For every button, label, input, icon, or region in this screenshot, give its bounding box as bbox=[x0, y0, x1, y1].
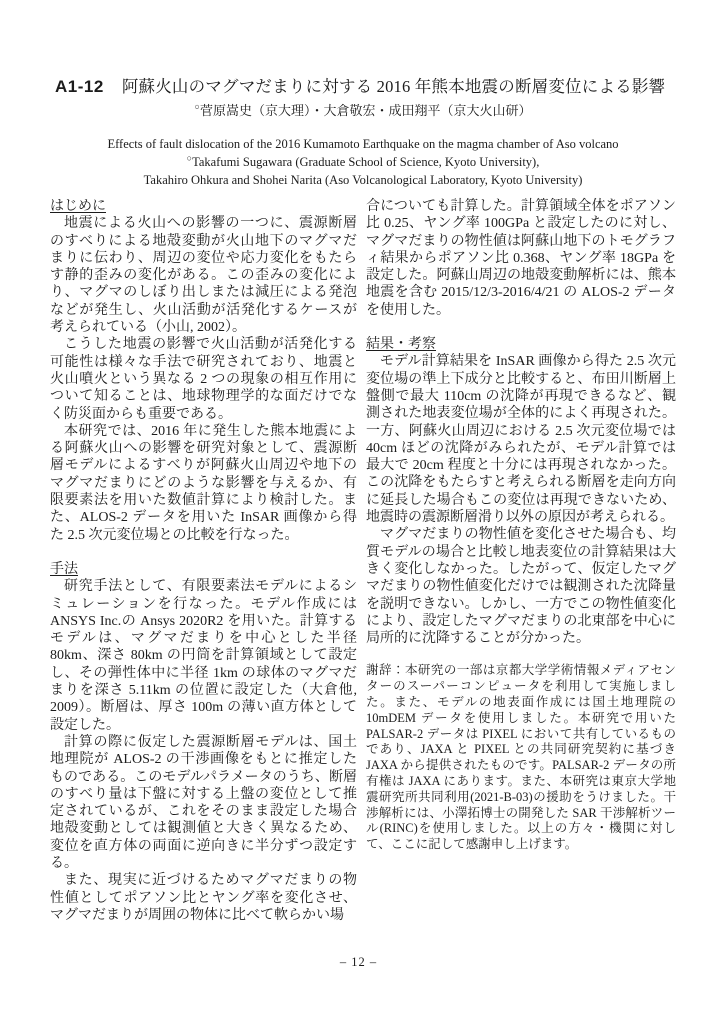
method-paragraph-continuation: 合についても計算した。計算領域全体をポアソン比 0.25、ヤング率 100GPa… bbox=[366, 198, 676, 319]
english-header-block: Effects of fault dislocation of the 2016… bbox=[50, 135, 676, 189]
intro-paragraph-2: こうした地震の影響で火山活動が活発化する可能性は様々な手法で研究されており、地震… bbox=[50, 336, 357, 422]
results-paragraph-1: モデル計算結果を InSAR 画像から得た 2.5 次元変位場の準上下成分と比較… bbox=[366, 353, 676, 526]
left-column: はじめに 地震による火山への影響の一つに、震源断層のすべりによる地殻変動が火山地… bbox=[50, 198, 357, 924]
paper-id: A1-12 bbox=[55, 77, 104, 97]
method-paragraph-3: また、現実に近づけるためマグマだまりの物性値としてポアソン比とヤング率を変化させ… bbox=[50, 872, 357, 924]
method-paragraph-2: 計算の際に仮定した震源断層モデルは、国土地理院が ALOS-2 の干渉画像をもと… bbox=[50, 734, 357, 872]
paper-title-en: Effects of fault dislocation of the 2016… bbox=[50, 135, 676, 153]
authors-en-line2: Takahiro Ohkura and Shohei Narita (Aso V… bbox=[50, 171, 676, 189]
paper-title-ja: 阿蘇火山のマグマだまりに対する 2016 年熊本地震の断層変位による影響 bbox=[122, 73, 665, 97]
acknowledgments: 謝辞：本研究の一部は京都大学学術情報メディアセンターのスーパーコンピュータを利用… bbox=[366, 663, 676, 853]
page-number: – 12 – bbox=[0, 955, 717, 970]
section-heading-intro: はじめに bbox=[50, 198, 357, 215]
authors-en-line1: ○Takafumi Sugawara (Graduate School of S… bbox=[50, 153, 676, 171]
section-heading-results: 結果・考察 bbox=[366, 336, 676, 353]
results-paragraph-2: マグマだまりの物性値を変化させた場合も、均質モデルの場合と比較し地表変位の計算結… bbox=[366, 526, 676, 647]
paper-page: A1-12 阿蘇火山のマグマだまりに対する 2016 年熊本地震の断層変位による… bbox=[0, 0, 717, 1012]
intro-paragraph-1: 地震による火山への影響の一つに、震源断層のすべりによる地殻変動が火山地下のマグマ… bbox=[50, 215, 357, 336]
authors-ja-text: 菅原嵩史（京大理）・大倉敬宏・成田翔平（京大火山研） bbox=[200, 103, 532, 118]
method-paragraph-1: 研究手法として、有限要素法モデルによるシミュレーションを行なった。モデル作成には… bbox=[50, 578, 357, 734]
section-heading-method: 手法 bbox=[50, 561, 357, 578]
body-columns: はじめに 地震による火山への影響の一つに、震源断層のすべりによる地殻変動が火山地… bbox=[50, 198, 676, 924]
right-column: 合についても計算した。計算領域全体をポアソン比 0.25、ヤング率 100GPa… bbox=[366, 198, 676, 924]
page-content: A1-12 阿蘇火山のマグマだまりに対する 2016 年熊本地震の断層変位による… bbox=[0, 0, 717, 924]
header-title-row: A1-12 阿蘇火山のマグマだまりに対する 2016 年熊本地震の断層変位による… bbox=[55, 73, 676, 97]
authors-en-line1-text: Takafumi Sugawara (Graduate School of Sc… bbox=[192, 155, 539, 169]
authors-ja: ○菅原嵩史（京大理）・大倉敬宏・成田翔平（京大火山研） bbox=[50, 100, 676, 119]
intro-paragraph-3: 本研究では、2016 年に発生した熊本地震による阿蘇火山への影響を研究対象として… bbox=[50, 423, 357, 544]
